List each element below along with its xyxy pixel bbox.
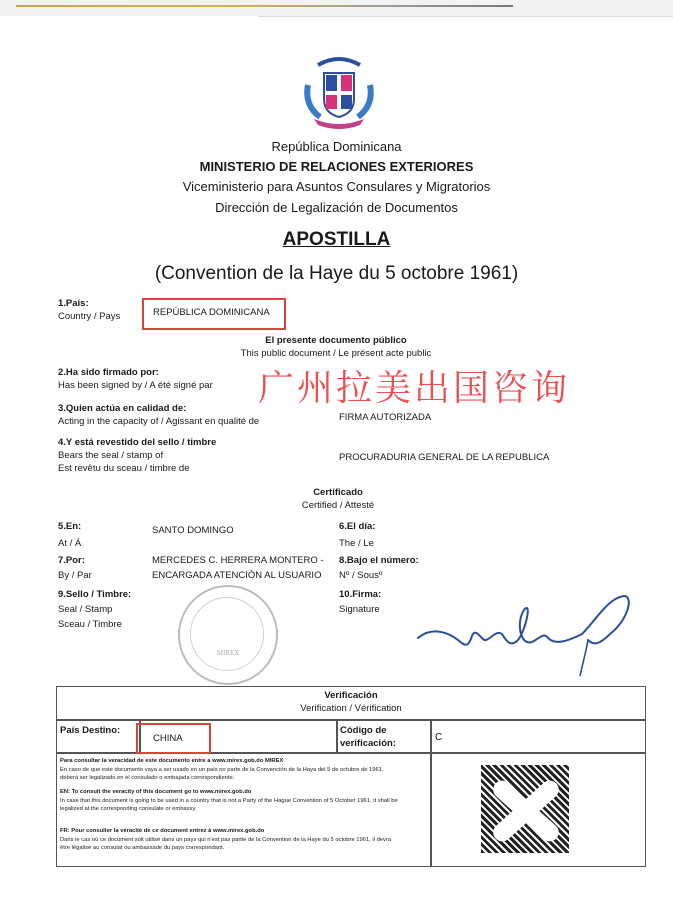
pais-value: REPÚBLICA DOMINICANA bbox=[153, 307, 270, 318]
por-value: MERCEDES C. HERRERA MONTERO -ENCARGADA A… bbox=[152, 553, 324, 583]
country-heading: República Dominicana bbox=[0, 139, 673, 154]
note-en: EN: To consult the veracity of this docu… bbox=[60, 788, 398, 814]
destino-value: CHINA bbox=[153, 733, 183, 744]
watermark-text: 广州拉美出国咨询 bbox=[258, 360, 570, 411]
divider bbox=[336, 719, 338, 752]
public-document-label: El presente documento públicoThis public… bbox=[236, 334, 436, 360]
coat-of-arms-icon bbox=[300, 55, 378, 130]
destino-label: País Destino: bbox=[60, 724, 120, 737]
note-fr: FR: Pour consulter la véracité de ce doc… bbox=[60, 827, 391, 853]
verification-title: VerificaciónVerification / Vérification bbox=[56, 689, 646, 715]
sello-label: 9.Sello / Timbre:Seal / StampSceau / Tim… bbox=[58, 587, 131, 632]
top-bar bbox=[0, 0, 673, 16]
faint-divider bbox=[258, 16, 673, 17]
vice-ministry-heading: Viceministerio para Asuntos Consulares y… bbox=[0, 179, 673, 194]
en-value: SANTO DOMINGO bbox=[152, 525, 234, 536]
firmado-label: 2.Ha sido firmado por:Has been signed by… bbox=[58, 366, 213, 392]
pais-label: 1.País:Country / Pays bbox=[58, 297, 120, 323]
divider bbox=[430, 719, 432, 867]
official-seal-stamp: MIREX bbox=[178, 585, 278, 685]
codigo-label: Código deverificación: bbox=[340, 724, 396, 750]
convention-subtitle: (Convention de la Haye du 5 octobre 1961… bbox=[0, 263, 673, 285]
codigo-value: C bbox=[435, 732, 442, 743]
en-label: 5.En:At / Á bbox=[58, 518, 81, 552]
ministry-heading: MINISTERIO DE RELACIONES EXTERIORES bbox=[0, 159, 673, 174]
document-title: APOSTILLA bbox=[0, 229, 673, 251]
divider bbox=[56, 719, 646, 721]
calidad-value: FIRMA AUTORIZADA bbox=[339, 412, 431, 423]
por-label: 7.Por:By / Par bbox=[58, 553, 92, 583]
numero-label: 8.Bajo el número:Nº / Sousº bbox=[339, 553, 419, 583]
handwritten-signature bbox=[410, 590, 650, 680]
calidad-label: 3.Quien actúa en calidad de:Acting in th… bbox=[58, 402, 259, 428]
dia-label: 6.El día:The / Le bbox=[339, 518, 375, 552]
direction-heading: Dirección de Legalización de Documentos bbox=[0, 200, 673, 215]
firma-label: 10.Firma:Signature bbox=[339, 587, 381, 617]
note-es: Para consultar la veracidad de este docu… bbox=[60, 757, 384, 783]
sello-revestido-value: PROCURADURIA GENERAL DE LA REPUBLICA bbox=[339, 452, 549, 463]
certificado-label: CertificadoCertified / Attesté bbox=[238, 486, 438, 512]
top-divider bbox=[16, 5, 513, 7]
sello-revestido-label: 4.Y está revestido del sello / timbreBea… bbox=[58, 436, 216, 475]
